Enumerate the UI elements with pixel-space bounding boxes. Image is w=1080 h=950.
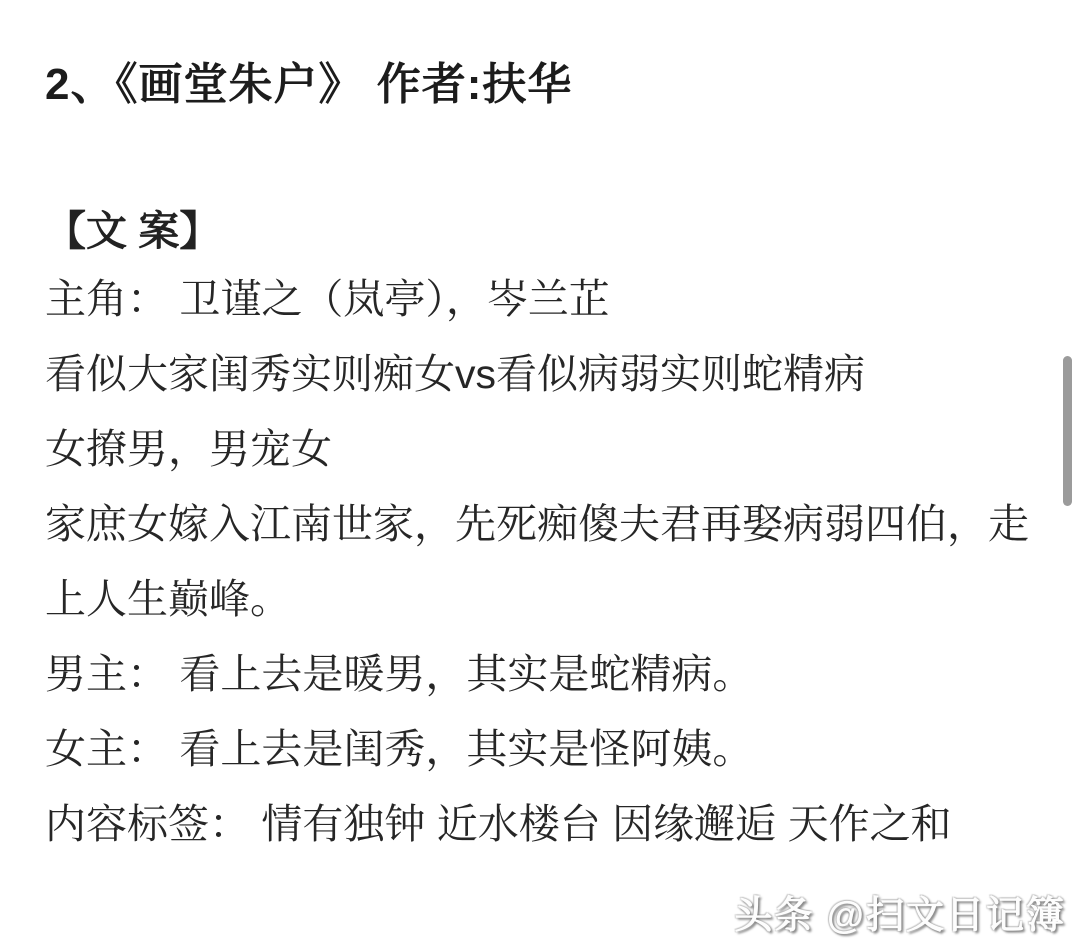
- synopsis-line-pairing: 看似大家闺秀实则痴女vs看似病弱实则蛇精病: [45, 337, 1050, 412]
- synopsis-line-protagonists: 主角： 卫谨之（岚亭），岑兰芷: [45, 262, 1050, 337]
- synopsis-line-female-lead: 女主： 看上去是闺秀，其实是怪阿姨。: [45, 712, 1050, 787]
- synopsis-section-heading: 【文 案】: [45, 198, 220, 257]
- synopsis-line-content-tags: 内容标签： 情有独钟 近水楼台 因缘邂逅 天作之和: [45, 787, 1050, 862]
- watermark: 头条 @扫文日记簿: [734, 884, 1066, 939]
- synopsis-line-dynamic: 女撩男，男宠女: [45, 412, 1050, 487]
- synopsis-line-male-lead: 男主： 看上去是暖男，其实是蛇精病。: [45, 637, 1050, 712]
- synopsis-text-block: 主角： 卫谨之（岚亭），岑兰芷 看似大家闺秀实则痴女vs看似病弱实则蛇精病 女撩…: [45, 262, 1050, 862]
- scrollbar-thumb[interactable]: [1063, 356, 1072, 506]
- synopsis-line-plot-2: 上人生巅峰。: [45, 562, 1050, 637]
- document-page: 2、《画堂朱户》 作者:扶华 【文 案】 主角： 卫谨之（岚亭），岑兰芷 看似大…: [0, 0, 1080, 950]
- synopsis-line-plot-1: 家庶女嫁入江南世家，先死痴傻夫君再娶病弱四伯，走: [45, 487, 1050, 562]
- book-title-heading: 2、《画堂朱户》 作者:扶华: [45, 48, 572, 112]
